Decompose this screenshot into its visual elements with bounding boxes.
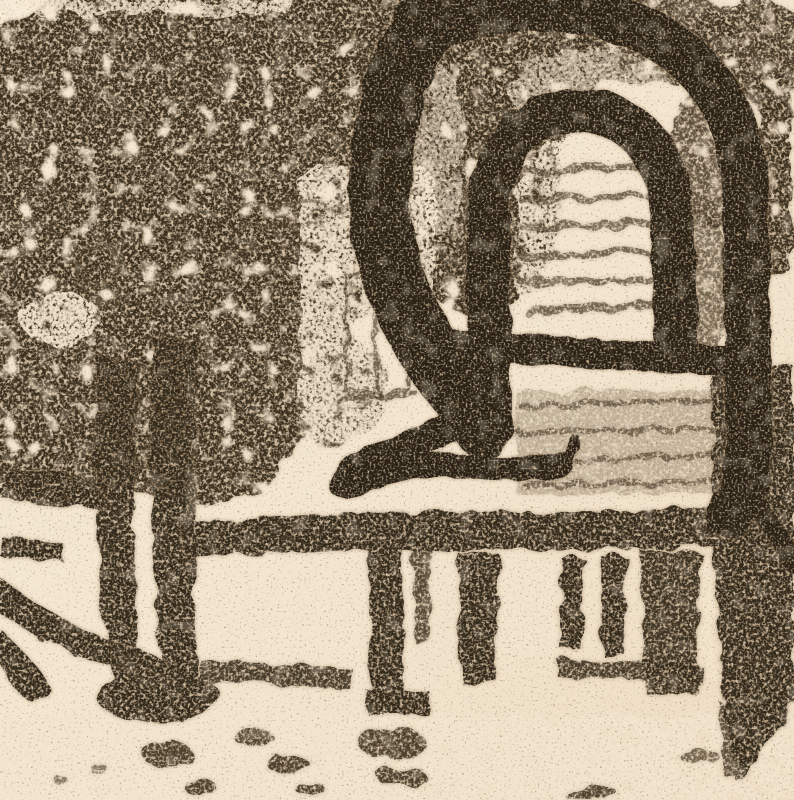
artwork-image: Scanned print — decorative initial lette… (0, 0, 794, 800)
scanned-print: Grainy sepia halftone print of an outdoo… (0, 0, 794, 800)
dark-grain (0, 0, 794, 800)
grain-overlay (0, 0, 794, 800)
